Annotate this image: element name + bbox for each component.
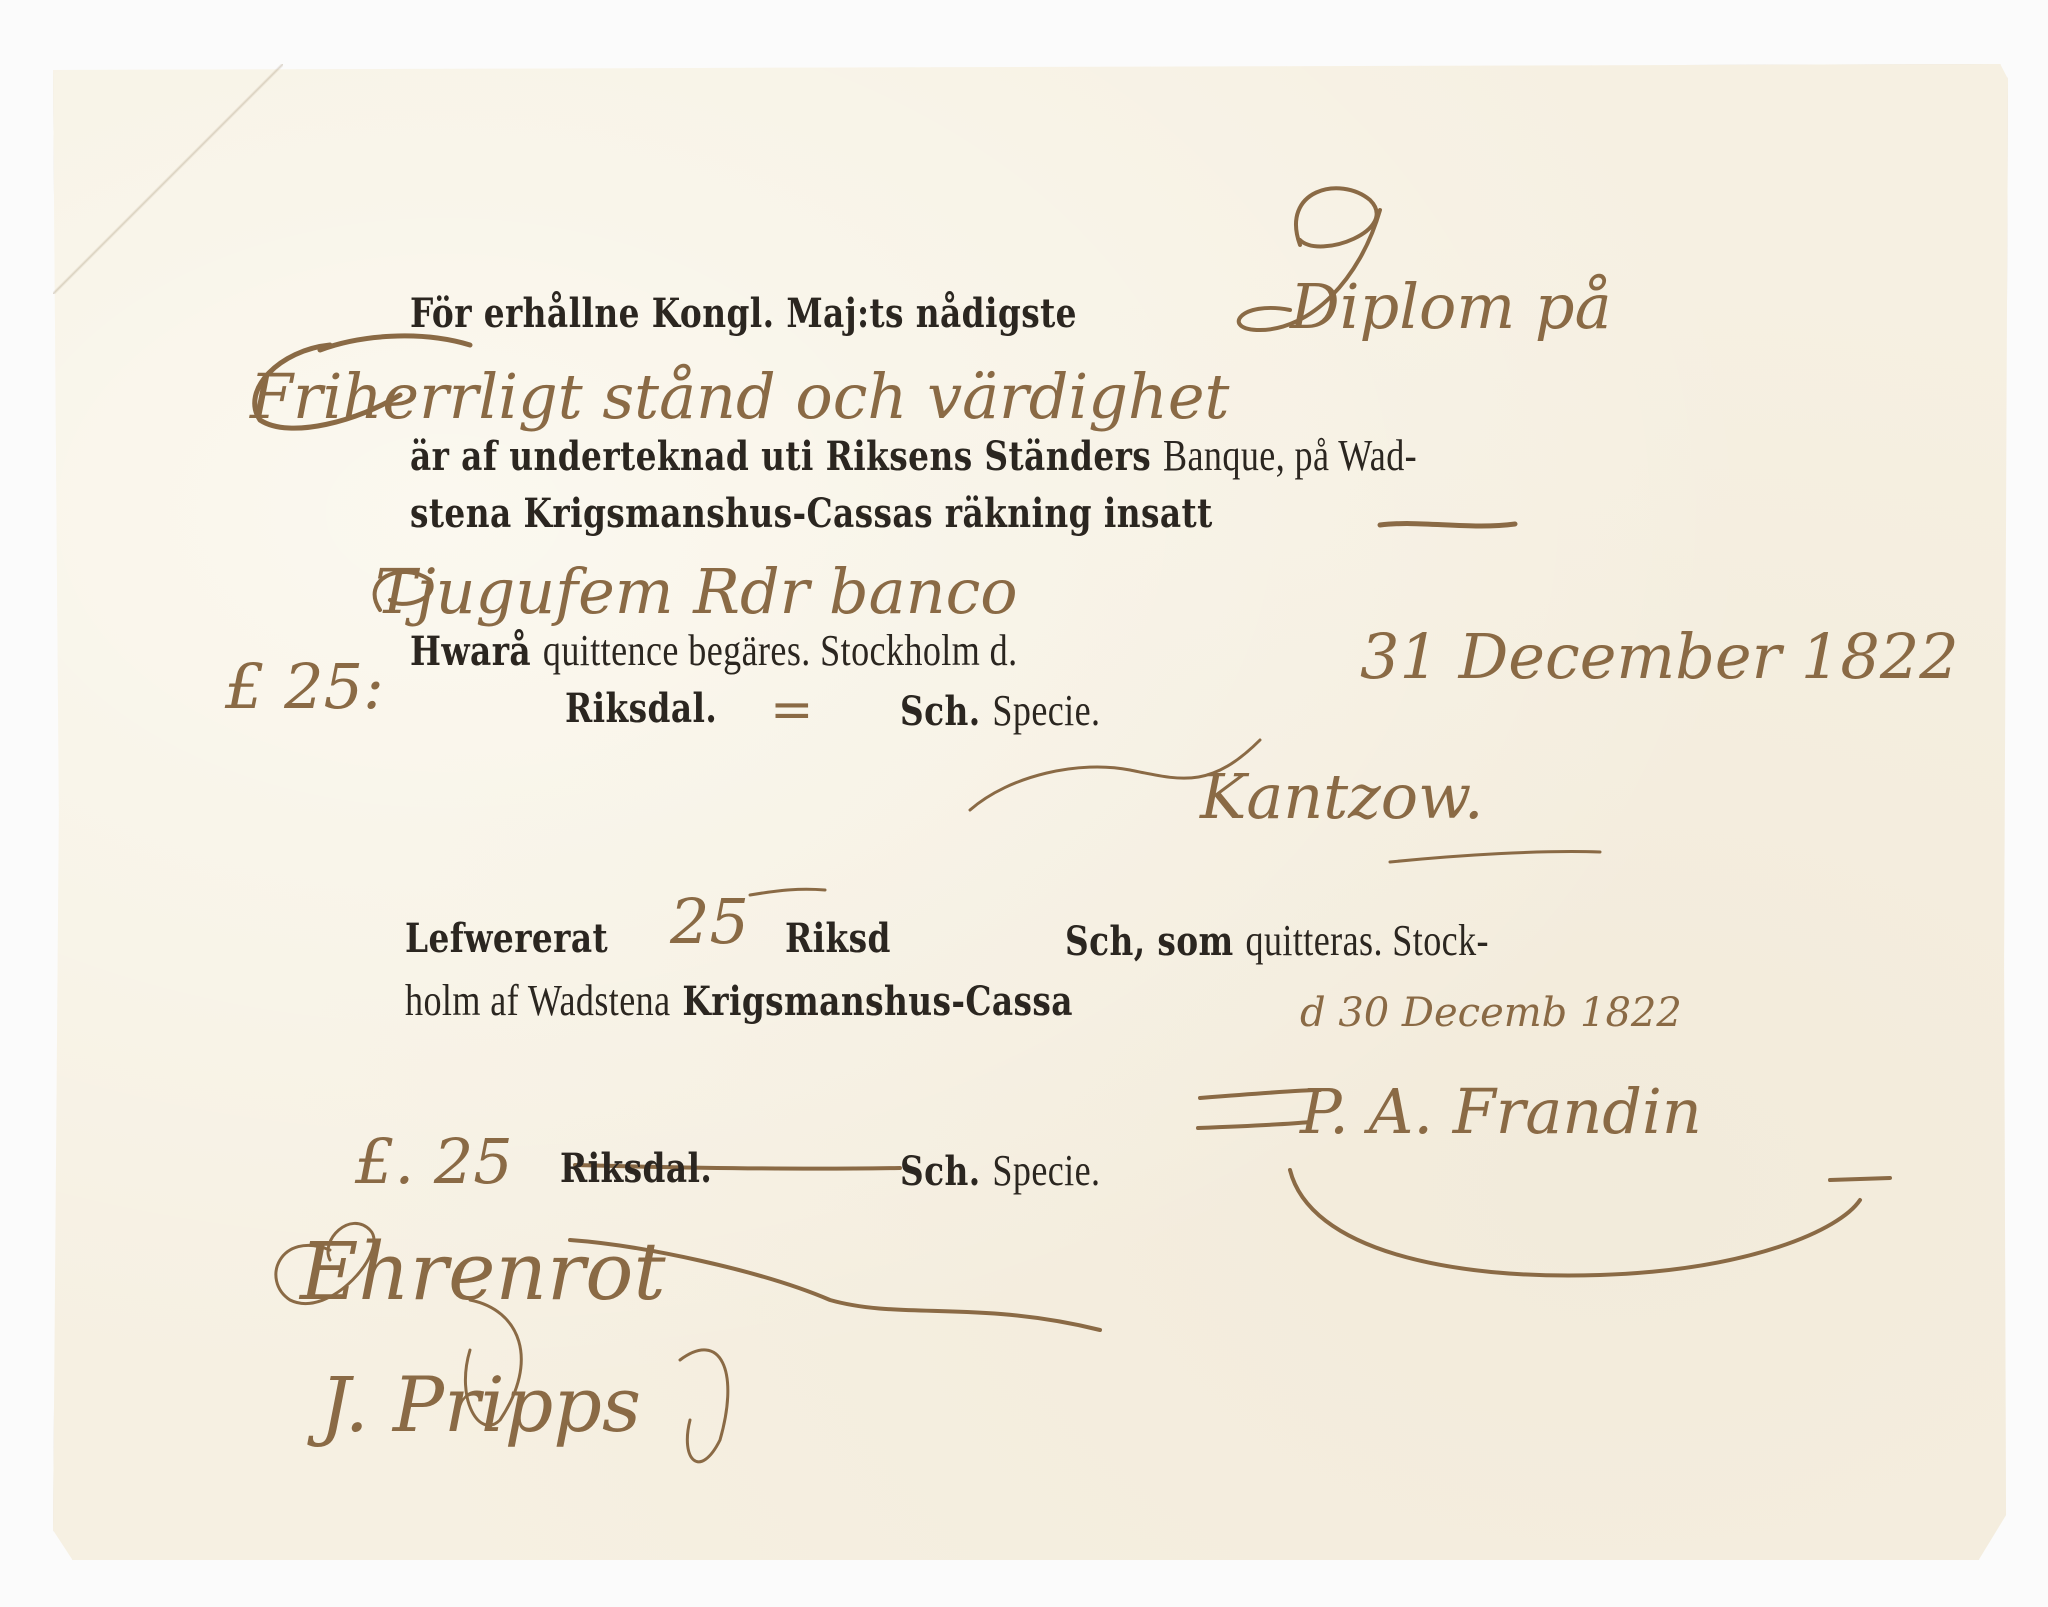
printed-holm-wadstena: holm af Wadstena xyxy=(405,976,671,1025)
printed-sch-3: Sch. xyxy=(900,1148,981,1195)
printed-line-7b: Sch. Specie. xyxy=(900,685,1100,736)
printed-line-4b-text: räkning insatt xyxy=(945,490,1213,537)
printed-specie: Specie. xyxy=(992,686,1100,735)
handwritten-friherrligt: Friherrligt stånd och värdighet xyxy=(250,360,1229,433)
printed-quitteras: quitteras. Stock- xyxy=(1246,916,1489,965)
printed-line-3a: är af underteknad uti Riksens Ständers B… xyxy=(410,430,1417,481)
printed-holm-line: holm af Wadstena Krigsmanshus-Cassa xyxy=(405,975,1073,1026)
handwritten-date-1: 31 December 1822 xyxy=(1360,620,1959,693)
printed-krigsmanshus-cassa: Krigsmanshus-Cassa xyxy=(682,978,1073,1025)
handwritten-amount-words: Tjugufem Rdr banco xyxy=(375,555,1018,628)
printed-hwara: Hwarå xyxy=(410,628,531,675)
signature-frandin: P. A. Frandin xyxy=(1300,1075,1702,1148)
signature-kantzow: Kantzow. xyxy=(1200,760,1484,833)
printed-sch-2: Sch, som quitteras. Stock- xyxy=(1065,915,1489,966)
handwritten-diplom: Diplom på xyxy=(1290,270,1612,343)
handwritten-dash: = xyxy=(770,680,814,740)
printed-riksd: Riksd xyxy=(785,915,891,962)
printed-line-6: Hwarå quittence begäres. Stockholm d. xyxy=(410,625,1018,676)
signature-pripps: J. Pripps xyxy=(320,1360,641,1449)
printed-line-1: För erhållne Kongl. Maj:ts nådigste xyxy=(410,290,1077,337)
printed-lefwererat: Lefwererat xyxy=(405,915,608,962)
handwritten-amount-25: 25 xyxy=(670,885,749,958)
printed-riksdal-2: Riksdal. xyxy=(560,1145,712,1192)
printed-sch: Sch. xyxy=(900,688,981,735)
printed-specie-2: Specie. xyxy=(992,1146,1100,1195)
handwritten-date-2: d 30 Decemb 1822 xyxy=(1300,990,1682,1036)
printed-line-4: stena Krigsmanshus-Cassas räkning insatt xyxy=(410,490,1213,537)
printed-sch-specie-2: Sch. Specie. xyxy=(900,1145,1100,1196)
printed-line-3b-text: Banque, på Wad- xyxy=(1163,431,1417,480)
handwritten-amount-label: £. 25 xyxy=(355,1125,513,1198)
printed-sch-2-text: Sch xyxy=(1065,918,1134,965)
document-paper xyxy=(53,64,2008,1560)
handwritten-margin-amount: £ 25: xyxy=(225,650,384,723)
signature-ehrenrot: Ehrenrot xyxy=(300,1225,666,1318)
printed-line-3a-text: är af underteknad uti Riksens Ständers xyxy=(410,433,1151,480)
printed-quittence: quittence begäres. Stockholm d. xyxy=(543,626,1018,675)
printed-som: , som xyxy=(1134,918,1234,965)
printed-line-4a-text: stena Krigsmanshus-Cassas xyxy=(410,490,933,537)
printed-line-7a: Riksdal. xyxy=(565,685,717,732)
